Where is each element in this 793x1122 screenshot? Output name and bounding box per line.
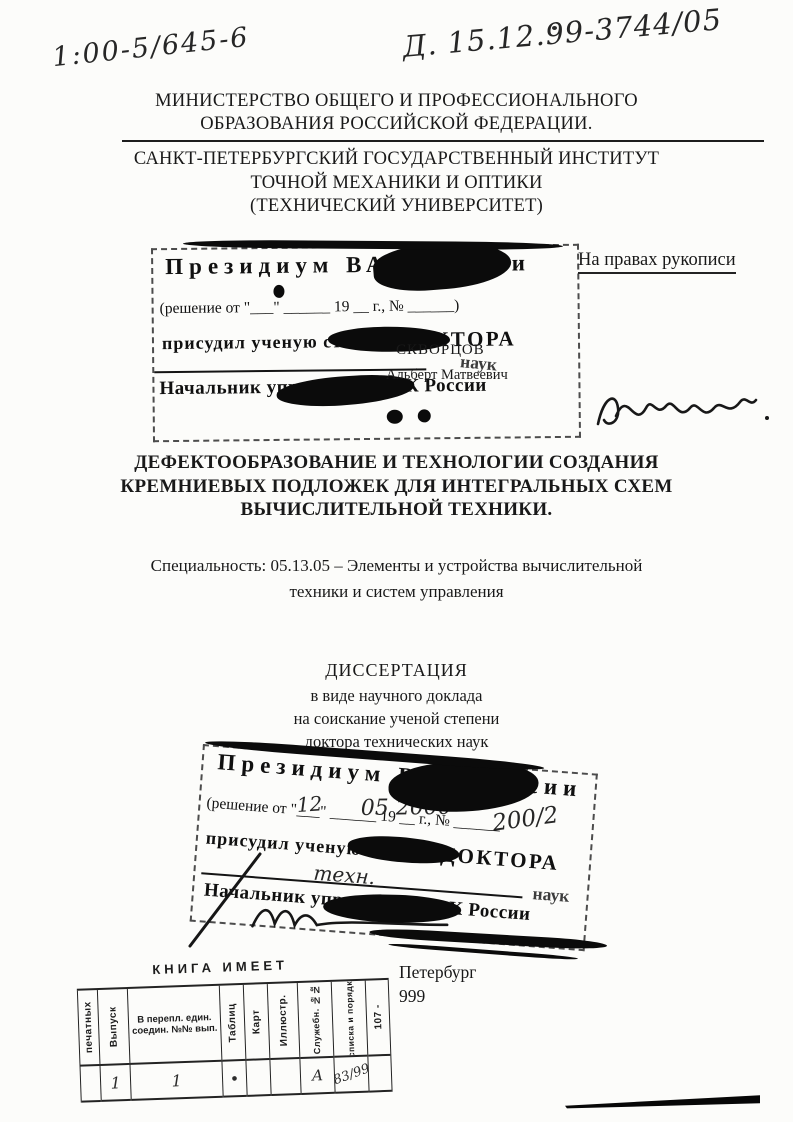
specialty-block: Специальность: 05.13.05 – Элементы и уст… [0, 553, 793, 605]
bookplate-col-label: Служебн. №№ [309, 984, 321, 1054]
title-line2: КРЕМНИЕВЫХ ПОДЛОЖЕК ДЛЯ ИНТЕГРАЛЬНЫХ СХЕ… [0, 475, 793, 499]
institute-line1: САНКТ-ПЕТЕРБУРГСКИЙ ГОСУДАРСТВЕННЫЙ ИНСТ… [0, 148, 793, 172]
bookplate-cell-value: • [229, 1069, 239, 1088]
ink-speck [552, 26, 557, 30]
library-bookplate: КНИГА ИМЕЕТ печатных Выпуск 1 В перепл. … [40, 954, 401, 1118]
bookplate-col-label: В перепл. един. соедин. №№ вып. [129, 1012, 221, 1037]
handwritten-shelf-code: 1:00-5/645-6 [51, 22, 251, 74]
specialty-line2: техники и систем управления [0, 579, 793, 605]
bookplate-col-label: печатных [82, 1001, 95, 1053]
pen-slash [186, 850, 264, 950]
scanned-dissertation-title-page: 1:00-5/645-6 Д. 15.12.99-3744/05 МИНИСТЕ… [0, 0, 793, 1122]
ministry-line2: ОБРАЗОВАНИЯ РОССИЙСКОЙ ФЕДЕРАЦИИ. [0, 113, 793, 136]
ink-blot [273, 285, 284, 298]
specialty-line1: Специальность: 05.13.05 – Элементы и уст… [0, 553, 793, 579]
bookplate-header: КНИГА ИМЕЕТ [100, 956, 340, 979]
bookplate-col-label: Выпуск [107, 1006, 119, 1047]
bookplate-column: Иллюстр. [267, 983, 301, 1096]
ministry-heading: МИНИСТЕРСТВО ОБЩЕГО И ПРОФЕССИОНАЛЬНОГО … [0, 90, 793, 136]
imprint-city: Петербург [399, 962, 477, 983]
handwritten-day: 12 [296, 791, 323, 817]
bookplate-col-label: №№ списка и порядковый [342, 981, 356, 1058]
dissertation-line1: в виде научного доклада [0, 684, 793, 707]
title-line1: ДЕФЕКТООБРАЗОВАНИЕ И ТЕХНОЛОГИИ СОЗДАНИЯ [0, 451, 793, 475]
bookplate-cell [246, 1060, 270, 1097]
bookplate-cell-value: 83/99 [331, 1061, 371, 1088]
author-surname: СКВОРЦОВ [396, 342, 485, 359]
bookplate-column: В перепл. един. соедин. №№ вып. 1 [127, 986, 223, 1101]
bookplate-cell-value: А [311, 1066, 323, 1084]
bookplate-col-label: Таблиц [226, 1003, 238, 1042]
bookplate-cell [270, 1059, 300, 1096]
ink-smear [183, 240, 563, 251]
manuscript-rights-note: На правах рукописи [578, 250, 736, 274]
horizontal-rule [122, 140, 764, 142]
handwritten-decision-number: 200/2 [491, 802, 560, 837]
bookplate-cell [81, 1066, 101, 1103]
vak-stamp-top: Президиум ВАК России (решение от "___" _… [151, 244, 581, 442]
stamp-nauk: наук [532, 883, 570, 907]
ink-blot [387, 410, 403, 424]
title-line3: ВЫЧИСЛИТЕЛЬНОЙ ТЕХНИКИ. [0, 498, 793, 522]
ink-blot [347, 833, 461, 866]
institute-heading: САНКТ-ПЕТЕРБУРГСКИЙ ГОСУДАРСТВЕННЫЙ ИНСТ… [0, 148, 793, 219]
ministry-line1: МИНИСТЕРСТВО ОБЩЕГО И ПРОФЕССИОНАЛЬНОГО [0, 90, 793, 113]
bookplate-cell [368, 1056, 391, 1093]
stamp-decision-line: (решение от "___" ______ 19 __ г., № ___… [160, 297, 460, 318]
handwritten-registry-code: Д. 15.12.99-3744/05 [401, 2, 723, 64]
bookplate-column: №№ списка и порядковый 83/99 [331, 981, 369, 1094]
dissertation-title: ДЕФЕКТООБРАЗОВАНИЕ И ТЕХНОЛОГИИ СОЗДАНИЯ… [0, 451, 793, 522]
dissertation-subheading: в виде научного доклада на соискание уче… [0, 684, 793, 753]
institute-line2: ТОЧНОЙ МЕХАНИКИ И ОПТИКИ [0, 172, 793, 196]
bookplate-column: Служебн. №№ А [297, 982, 335, 1095]
ink-blot [418, 409, 431, 422]
bookplate-table: печатных Выпуск 1 В перепл. един. соедин… [77, 978, 393, 1103]
dissertation-heading: ДИССЕРТАЦИЯ [0, 660, 793, 681]
bookplate-column: Выпуск 1 [97, 989, 131, 1102]
bookplate-col-label: Карт [251, 1009, 263, 1034]
dissertation-line2: на соискание ученой степени [0, 707, 793, 730]
dissertation-line3: доктора технических наук [0, 730, 793, 753]
bookplate-col-label: 107 - [372, 1004, 384, 1030]
bookplate-cell-value: 1 [171, 1071, 182, 1090]
scan-artifact-wedge [565, 1094, 760, 1109]
author-name-patronymic: Альберт Матвеевич [386, 367, 508, 384]
author-signature [588, 378, 773, 436]
bookplate-cell-value: 1 [110, 1073, 121, 1092]
bookplate-col-label: Иллюстр. [277, 995, 290, 1047]
stamp-award-degree: ДОКТОРА [440, 842, 560, 875]
imprint-year: 999 [399, 986, 425, 1007]
institute-line3: (ТЕХНИЧЕСКИЙ УНИВЕРСИТЕТ) [0, 195, 793, 219]
